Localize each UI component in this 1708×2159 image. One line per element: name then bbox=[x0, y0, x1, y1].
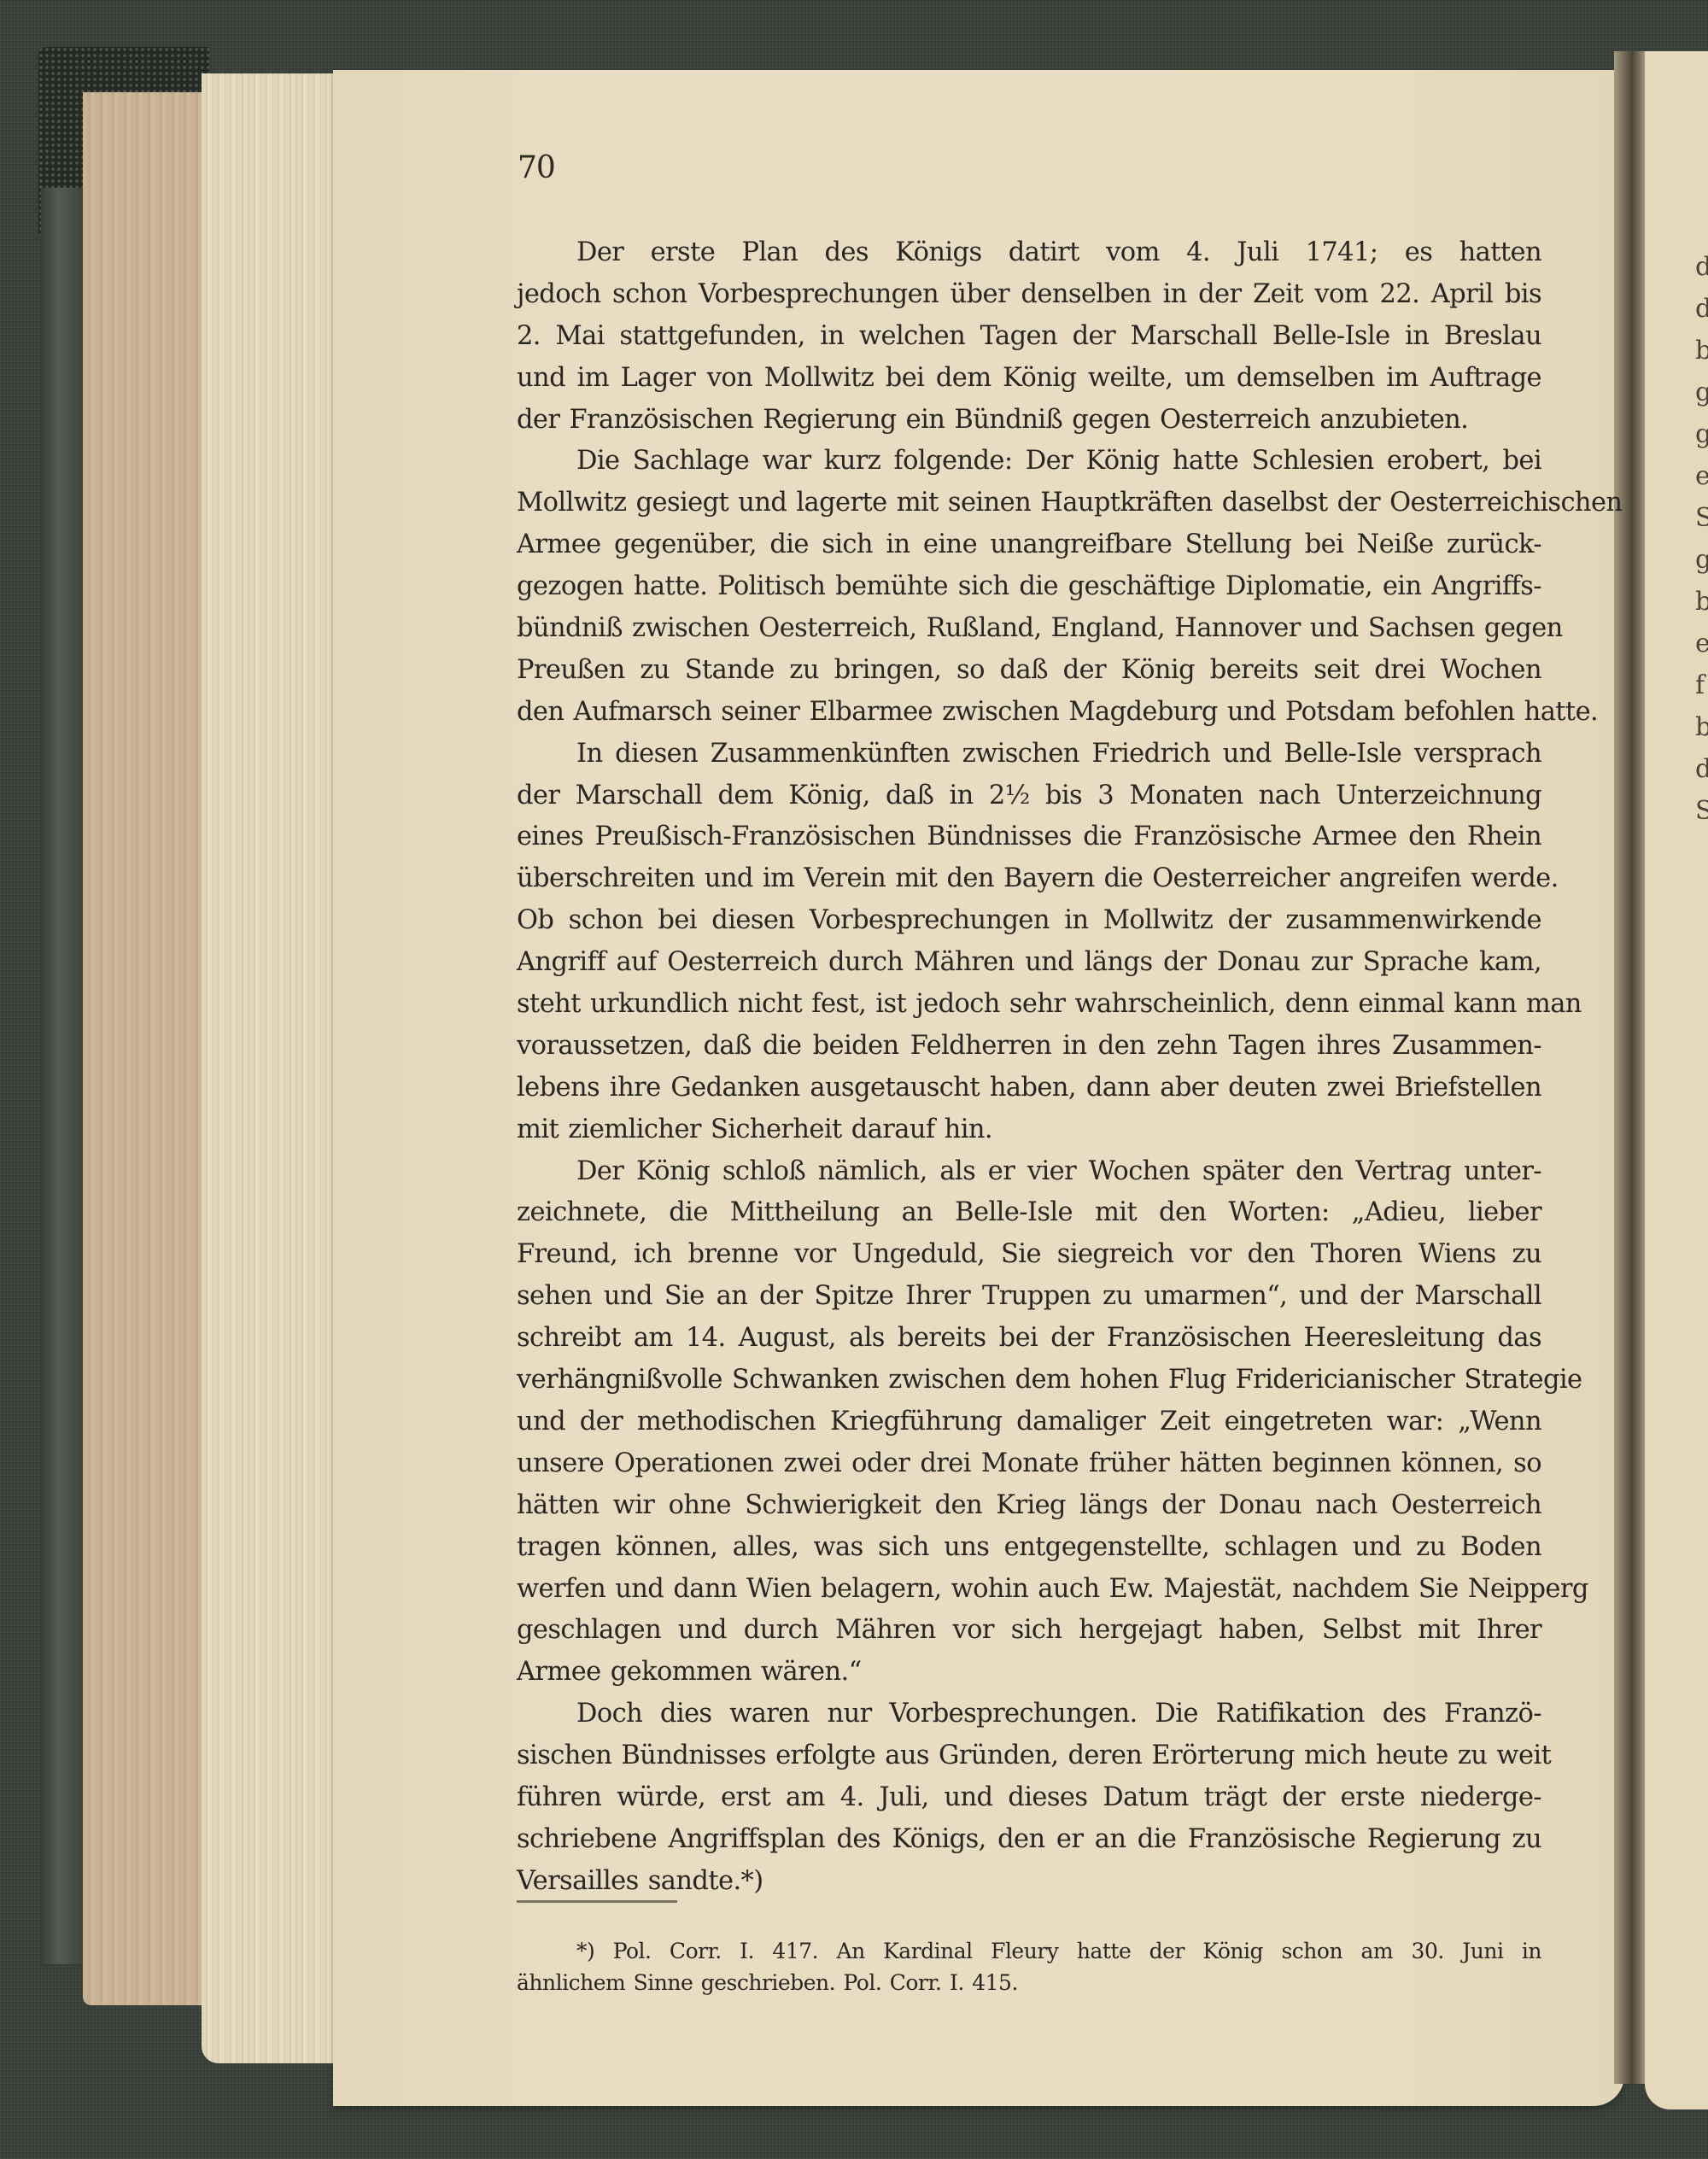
footnote-divider bbox=[517, 1900, 677, 1903]
text-line: Der König schloß nämlich, als er vier Wo… bbox=[517, 1151, 1541, 1193]
text-line: zeichnete, die Mittheilung an Belle-Isle… bbox=[517, 1192, 1541, 1234]
text-line: bündniß zwischen Oesterreich, Rußland, E… bbox=[517, 608, 1541, 650]
text-line: Ob schon bei diesen Vorbesprechungen in … bbox=[517, 900, 1541, 942]
text-line: sischen Bündnisses erfolgte aus Gründen,… bbox=[517, 1735, 1541, 1777]
text-line: jedoch schon Vorbesprechungen über dense… bbox=[517, 274, 1541, 316]
body-text: Der erste Plan des Königs datirt vom 4. … bbox=[517, 232, 1541, 1903]
text-line: gezogen hatte. Politisch bemühte sich di… bbox=[517, 566, 1541, 608]
text-line: der Marschall dem König, daß in 2½ bis 3… bbox=[517, 775, 1541, 817]
text-line: mit ziemlicher Sicherheit darauf hin. bbox=[517, 1109, 1541, 1151]
book-gutter-shadow bbox=[1614, 51, 1647, 2084]
text-line: Preußen zu Stande zu bringen, so daß der… bbox=[517, 650, 1541, 692]
text-line: schriebene Angriffsplan des Königs, den … bbox=[517, 1819, 1541, 1861]
text-line: und der methodischen Kriegführung damali… bbox=[517, 1401, 1541, 1443]
text-line: hätten wir ohne Schwierigkeit den Krieg … bbox=[517, 1485, 1541, 1527]
book-cover-edge bbox=[41, 188, 85, 1964]
text-line: Armee gegenüber, die sich in eine unangr… bbox=[517, 524, 1541, 566]
text-line: In diesen Zusammenkünften zwischen Fried… bbox=[517, 734, 1541, 775]
text-line: Armee gekommen wären.“ bbox=[517, 1652, 1541, 1694]
facing-page-text-fragment: d d b g g e S g b e f b d S bbox=[1695, 246, 1708, 832]
text-line: steht urkundlich nicht fest, ist jedoch … bbox=[517, 984, 1541, 1026]
text-line: Freund, ich brenne vor Ungeduld, Sie sie… bbox=[517, 1234, 1541, 1276]
footnote: *) Pol. Corr. I. 417. An Kardinal Fleury… bbox=[517, 1935, 1541, 1998]
text-line: verhängnißvolle Schwanken zwischen dem h… bbox=[517, 1360, 1541, 1401]
text-line: tragen können, alles, was sich uns entge… bbox=[517, 1527, 1541, 1569]
text-line: 2. Mai stattgefunden, in welchen Tagen d… bbox=[517, 316, 1541, 358]
page-stack-edge-outer bbox=[83, 92, 202, 2005]
text-line: Der erste Plan des Königs datirt vom 4. … bbox=[517, 232, 1541, 274]
text-line: voraussetzen, daß die beiden Feldherren … bbox=[517, 1026, 1541, 1068]
text-line: führen würde, erst am 4. Juli, und diese… bbox=[517, 1777, 1541, 1819]
page-stack-edge-inner bbox=[202, 73, 338, 2063]
text-line: Versailles sandte.*) bbox=[517, 1861, 1541, 1903]
text-line: geschlagen und durch Mähren vor sich her… bbox=[517, 1610, 1541, 1652]
text-line: unsere Operationen zwei oder drei Monate… bbox=[517, 1443, 1541, 1485]
footnote-line: *) Pol. Corr. I. 417. An Kardinal Fleury… bbox=[517, 1935, 1541, 1967]
text-line: der Französischen Regierung ein Bündniß … bbox=[517, 400, 1541, 442]
text-line: lebens ihre Gedanken ausgetauscht haben,… bbox=[517, 1068, 1541, 1109]
text-line: überschreiten und im Verein mit den Baye… bbox=[517, 858, 1541, 900]
text-line: Mollwitz gesiegt und lagerte mit seinen … bbox=[517, 483, 1541, 524]
text-line: und im Lager von Mollwitz bei dem König … bbox=[517, 358, 1541, 400]
text-line: schreibt am 14. August, als bereits bei … bbox=[517, 1318, 1541, 1360]
text-line: Doch dies waren nur Vorbesprechungen. Di… bbox=[517, 1694, 1541, 1735]
text-line: den Aufmarsch seiner Elbarmee zwischen M… bbox=[517, 692, 1541, 734]
page-number: 70 bbox=[518, 150, 555, 185]
text-line: Die Sachlage war kurz folgende: Der Köni… bbox=[517, 441, 1541, 483]
footnote-line: ähnlichem Sinne geschrieben. Pol. Corr. … bbox=[517, 1967, 1541, 1998]
text-line: eines Preußisch-Französischen Bündnisses… bbox=[517, 816, 1541, 858]
text-line: sehen und Sie an der Spitze Ihrer Truppe… bbox=[517, 1276, 1541, 1318]
text-line: Angriff auf Oesterreich durch Mähren und… bbox=[517, 942, 1541, 984]
text-line: werfen und dann Wien belagern, wohin auc… bbox=[517, 1569, 1541, 1611]
